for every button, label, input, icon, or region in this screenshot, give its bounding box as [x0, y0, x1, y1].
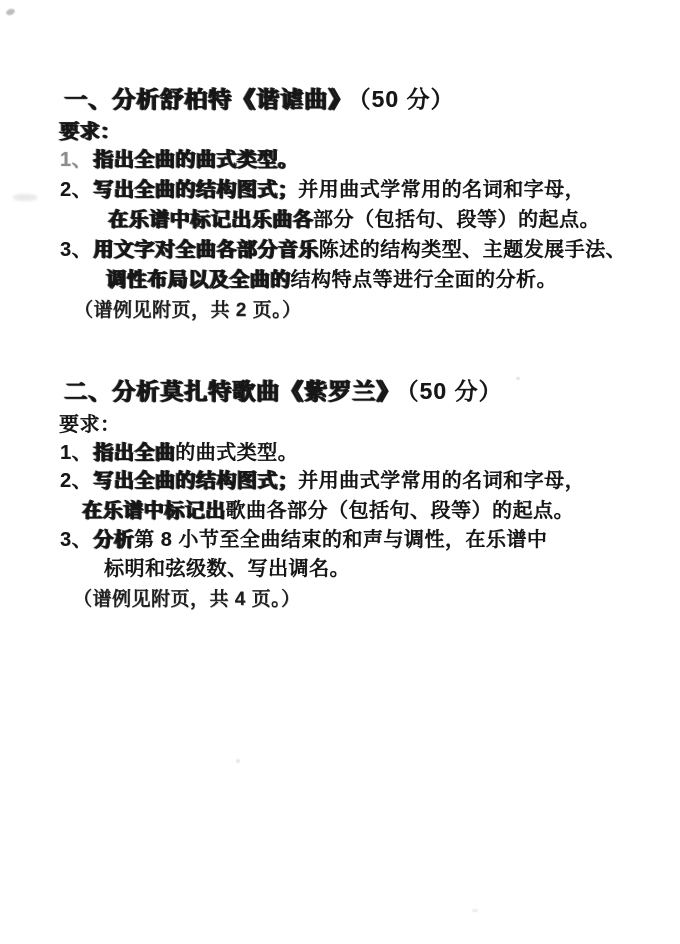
item-number: 2、 [60, 470, 92, 492]
item-number: 1、 [60, 442, 92, 464]
item-text: 用文字对全曲各部分音乐 [93, 239, 319, 261]
item-number: 1、 [60, 149, 92, 171]
item-text: 写出全曲的结构图式； [93, 470, 298, 492]
section-1-appendix-note: （谱例见附页，共 2 页。） [74, 297, 302, 324]
section-1-item-1: 1、指出全曲的曲式类型。 [60, 147, 298, 174]
scan-smudge [13, 194, 37, 201]
scan-speck [472, 909, 478, 912]
item-text: 写出全曲的结构图式； [93, 179, 298, 201]
item-text: 陈述的结构类型、主题发展手法、 [319, 239, 627, 261]
item-text: 歌曲各部分（包括句、段等）的起点。 [226, 500, 575, 522]
section-2-item-2: 2、写出全曲的结构图式；并用曲式学常用的名词和字母， [60, 468, 585, 495]
item-text: 指出全曲的曲式类型。 [93, 149, 298, 171]
section-2-title: 二、分析莫扎特歌曲《紫罗兰》（50 分） [64, 378, 502, 405]
section-2-score: （50 分） [407, 378, 502, 404]
requirements-label-text: 要求： [59, 414, 121, 436]
item-text: 并用曲式学常用的名词和字母， [298, 179, 585, 201]
section-1-item-3: 3、用文字对全曲各部分音乐陈述的结构类型、主题发展手法、 [60, 237, 626, 264]
item-text: 并用曲式学常用的名词和字母， [298, 470, 585, 492]
appendix-note-text: （谱例见附页，共 4 页。） [73, 589, 301, 610]
item-text: 标明和弦级数、写出调名。 [104, 558, 350, 580]
item-text: 指出全曲 [93, 442, 175, 464]
section-2-title-text: 二、分析莫扎特歌曲《紫罗兰》 [64, 378, 400, 404]
section-1-title: 一、分析舒柏特《谐谑曲》（50 分） [64, 86, 454, 113]
exam-page: 一、分析舒柏特《谐谑曲》（50 分） 要求： 1、指出全曲的曲式类型。 2、写出… [0, 0, 680, 944]
requirements-label-text: 要求： [59, 121, 121, 143]
section-2-item-3-continuation: 标明和弦级数、写出调名。 [104, 556, 350, 583]
scan-speck [5, 8, 16, 17]
section-1-item-2-continuation: 在乐谱中标记出乐曲各部分（包括句、段等）的起点。 [108, 207, 600, 234]
item-text: 在乐谱中标记出 [82, 500, 226, 522]
section-2-appendix-note: （谱例见附页，共 4 页。） [73, 586, 301, 613]
item-text: 部分（包括句、段等）的起点。 [313, 209, 600, 231]
section-2-item-3: 3、分析第 8 小节至全曲结束的和声与调性，在乐谱中 [60, 527, 547, 554]
section-1-title-text: 一、分析舒柏特《谐谑曲》 [64, 86, 352, 112]
item-text: 调性布局以及全曲的 [106, 269, 291, 291]
section-1-item-2: 2、写出全曲的结构图式；并用曲式学常用的名词和字母， [60, 177, 585, 204]
section-1-score: （50 分） [359, 86, 454, 112]
item-text: 在乐谱中标记出乐曲各 [108, 209, 313, 231]
appendix-note-text: （谱例见附页，共 2 页。） [74, 300, 302, 321]
section-1-requirements-label: 要求： [59, 119, 121, 146]
item-number: 3、 [60, 239, 92, 261]
item-number: 2、 [60, 179, 92, 201]
section-1-item-3-continuation: 调性布局以及全曲的结构特点等进行全面的分析。 [106, 267, 557, 294]
scan-speck [236, 759, 240, 763]
section-2-item-1: 1、指出全曲的曲式类型。 [60, 440, 298, 467]
section-2-requirements-label: 要求： [59, 412, 121, 439]
scan-speck [516, 377, 520, 380]
item-text: 第 8 小节至全曲结束的和声与调性，在乐谱中 [134, 529, 547, 551]
item-text: 的曲式类型。 [175, 442, 298, 464]
item-text: 结构特点等进行全面的分析。 [291, 269, 558, 291]
item-text: 分析 [93, 529, 134, 551]
item-number: 3、 [60, 529, 92, 551]
section-2-item-2-continuation: 在乐谱中标记出歌曲各部分（包括句、段等）的起点。 [82, 498, 574, 525]
